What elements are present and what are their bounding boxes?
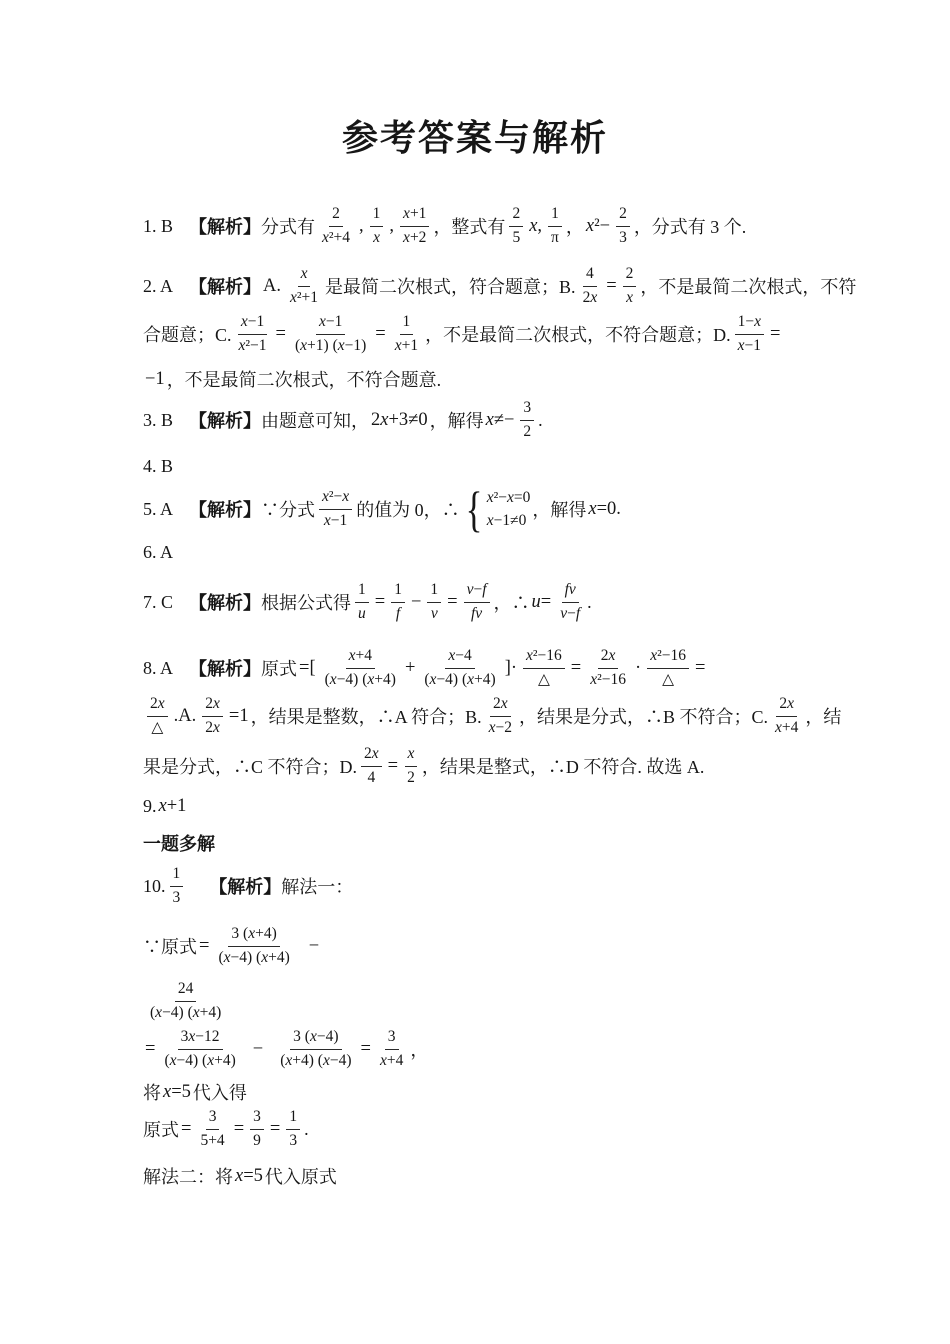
text-run: ，结果是整数，∴A 符合；B.	[251, 703, 482, 729]
fraction-numerator: 1−x	[735, 312, 764, 334]
fraction-numerator: x+1	[400, 204, 429, 226]
fraction-numerator: x²−16	[647, 646, 689, 668]
fraction-denominator: x+1	[392, 335, 421, 356]
fraction: 3x+4	[377, 1027, 406, 1070]
text-run: ∵原式	[143, 933, 197, 959]
fraction-denominator: π	[548, 227, 562, 248]
text-run: 2. A	[143, 276, 173, 297]
fraction: x−1(x+1) (x−1)	[292, 312, 369, 355]
fraction: x²−16△	[523, 646, 565, 689]
fraction-numerator: 2x	[776, 694, 797, 716]
fraction-numerator: 2x	[361, 744, 382, 766]
text-run: 将	[143, 1079, 161, 1105]
fraction-denominator: (x+1) (x−1)	[292, 335, 369, 356]
text-run: 由题意可知，	[261, 407, 369, 433]
equation-rows: x²−x=0x−1≠0	[487, 488, 531, 530]
fraction-denominator: (x−4) (x+4)	[421, 669, 498, 690]
fraction: 2x△	[147, 694, 168, 737]
answer-2-line-2: 合题意；C.x−1x²−1=x−1(x+1) (x−1)=1x+1，不是最简二次…	[143, 310, 920, 358]
fraction-denominator: x²−16	[587, 669, 629, 690]
math-run: =1	[227, 706, 251, 727]
text-run: ，解得	[532, 496, 586, 522]
fraction-denominator: (x−4) (x+4)	[147, 1002, 224, 1023]
math-run: =	[386, 756, 400, 777]
fraction-numerator: 4	[583, 264, 597, 286]
fraction-numerator: x−4	[445, 646, 474, 668]
fraction-denominator: △	[535, 669, 553, 690]
math-run: x=5	[161, 1082, 193, 1103]
fraction-denominator: (x−4) (x+4)	[322, 669, 399, 690]
fraction-numerator: x	[405, 744, 418, 766]
fraction: 13	[286, 1107, 300, 1150]
fraction: x+4(x−4) (x+4)	[322, 646, 399, 689]
fraction-numerator: x−1	[316, 312, 345, 334]
fraction-numerator: x²−16	[523, 646, 565, 668]
fraction: 2x2x	[202, 694, 223, 737]
document-page: 参考答案与解析 1. B【解析】分式有2x²+4,1x,x+1x+2，整式有25…	[0, 0, 950, 1344]
text-run: 8. A	[143, 658, 173, 679]
fraction-denominator: (x−4) (x+4)	[215, 947, 292, 968]
fraction-numerator: 2x	[490, 694, 511, 716]
bold-label: 【解析】	[209, 873, 281, 899]
answer-5: 5. A【解析】∵分式x²−xx−1 的值为 0，∴{x²−x=0x−1≠0，解…	[143, 478, 920, 540]
math-run: =	[693, 658, 707, 679]
fraction-denominator: v−f	[557, 603, 583, 624]
fraction-denominator: x²+4	[319, 227, 353, 248]
text-run: 解法二：将	[143, 1163, 233, 1189]
bold-label: 一题多解	[143, 830, 215, 856]
fraction-numerator: 1	[400, 312, 414, 334]
fraction: x²−xx−1	[319, 487, 352, 530]
math-run: =	[768, 324, 782, 345]
math-run: 2x+3≠0	[369, 410, 430, 431]
text-run: 根据公式得	[261, 589, 351, 615]
fraction: x−1x²−1	[236, 312, 270, 355]
fraction-numerator: 2x	[202, 694, 223, 716]
bold-label: 【解析】	[189, 589, 261, 615]
bold-label: 【解析】	[189, 655, 261, 681]
math-run: =	[445, 592, 459, 613]
section-heading: 一题多解	[143, 830, 920, 856]
fraction-denominator: 5	[509, 227, 523, 248]
fraction-numerator: 24	[175, 979, 197, 1001]
text-run: .	[538, 410, 543, 431]
fraction-numerator: 2	[509, 204, 523, 226]
text-run: 9.	[143, 796, 157, 817]
page-title: 参考答案与解析	[0, 110, 950, 166]
fraction-numerator: 1	[355, 580, 369, 602]
fraction: fvv−f	[557, 580, 583, 623]
text-run: 原式	[143, 1116, 179, 1142]
answer-10-step-3: =3x−12(x−4) (x+4)−3 (x−4)(x+4) (x−4)=3x+…	[143, 1025, 920, 1073]
answer-10-step-4: 将 x=5 代入得	[143, 1079, 920, 1105]
fraction-numerator: x−1	[238, 312, 267, 334]
fraction: 1x	[370, 204, 384, 247]
fraction-numerator: 3	[520, 398, 534, 420]
fraction-denominator: 4	[364, 767, 378, 788]
math-run: =	[373, 592, 387, 613]
fraction-denominator: 3	[616, 227, 630, 248]
text-run: ，不是最简二次根式，不符合题意；D.	[425, 321, 731, 347]
fraction: 1v	[427, 580, 441, 623]
fraction-denominator: fv	[468, 603, 485, 624]
spacer	[265, 1049, 273, 1050]
math-run: x≠−	[484, 410, 517, 431]
fraction-denominator: x+4	[772, 717, 801, 738]
text-run: 7. C	[143, 592, 173, 613]
fraction-denominator: x²+1	[287, 287, 321, 308]
fraction-denominator: 3	[170, 887, 184, 908]
fraction: 32	[520, 398, 534, 441]
text-run: 5. A	[143, 499, 173, 520]
text-run: 的值为 0，∴	[356, 496, 460, 522]
fraction-denominator: f	[393, 603, 403, 624]
math-run: =	[232, 1119, 246, 1140]
text-run: 代入得	[193, 1079, 247, 1105]
fraction: 2x4	[361, 744, 382, 787]
text-run: 3. B	[143, 410, 173, 431]
text-run: 解法一：	[281, 873, 353, 899]
fraction-numerator: 3	[250, 1107, 264, 1129]
bold-label: 【解析】	[189, 407, 261, 433]
fraction-numerator: 2x	[598, 646, 619, 668]
fraction-denominator: v	[428, 603, 441, 624]
math-run: −	[251, 1039, 265, 1060]
fraction: 1π	[548, 204, 562, 247]
math-run: =[	[297, 658, 318, 679]
text-run: 4. B	[143, 456, 173, 477]
math-run: u=	[530, 592, 554, 613]
text-run: 是最简二次根式，符合题意；B.	[325, 273, 576, 299]
fraction: 25	[509, 204, 523, 247]
fraction: 1−xx−1	[735, 312, 764, 355]
spacer	[173, 509, 189, 510]
math-run: =	[143, 1039, 157, 1060]
system-of-equations: {x²−x=0x−1≠0	[462, 484, 531, 534]
fraction-numerator: 3 (x−4)	[290, 1027, 341, 1049]
text-run: ，	[566, 213, 584, 239]
fraction: 39	[250, 1107, 264, 1150]
text-run: 果是分式，∴C 不符合；D.	[143, 753, 357, 779]
fraction-denominator: x²−1	[236, 335, 270, 356]
math-run: =	[179, 1119, 193, 1140]
fraction: 35+4	[197, 1107, 227, 1150]
answer-10-step-6: 解法二：将 x=5 代入原式	[143, 1163, 920, 1189]
fraction: 42x	[580, 264, 601, 307]
math-run: .A.	[172, 706, 199, 727]
spacer	[173, 226, 189, 227]
fraction: v−ffv	[464, 580, 490, 623]
spacer	[297, 946, 307, 947]
fraction-denominator: 9	[250, 1130, 264, 1151]
math-run: −	[307, 936, 321, 957]
spacer	[173, 668, 189, 669]
fraction: 2xx+4	[772, 694, 801, 737]
spacer	[173, 286, 189, 287]
fraction: 2xx−2	[486, 694, 515, 737]
fraction-numerator: 2x	[147, 694, 168, 716]
fraction: 3x−12(x−4) (x+4)	[161, 1027, 238, 1070]
math-run: x²−	[584, 216, 612, 237]
text-run: ，解得	[430, 407, 484, 433]
answer-4: 4. B	[143, 454, 920, 478]
fraction-numerator: 3	[385, 1027, 399, 1049]
math-run: ·	[633, 658, 643, 679]
fraction-numerator: 3x−12	[178, 1027, 223, 1049]
fraction-numerator: x	[298, 264, 311, 286]
fraction-denominator: x	[623, 287, 636, 308]
fraction-denominator: x+4	[377, 1050, 406, 1071]
fraction: x−4(x−4) (x+4)	[421, 646, 498, 689]
math-run: =	[274, 324, 288, 345]
fraction: 3 (x−4)(x+4) (x−4)	[277, 1027, 354, 1070]
math-run: =	[373, 324, 387, 345]
fraction: 2xx²−16	[587, 646, 629, 689]
text-run: ，分式有 3 个.	[634, 213, 747, 239]
fraction-denominator: 2	[520, 421, 534, 442]
math-run: x+1	[157, 796, 189, 817]
math-run: ,	[357, 216, 366, 237]
answer-10-step-2: 24(x−4) (x+4)	[143, 977, 920, 1025]
text-run: 1. B	[143, 216, 173, 237]
math-run: +	[403, 658, 417, 679]
math-run: =	[359, 1039, 373, 1060]
text-run: ，结果是整式，∴D 不符合. 故选 A.	[422, 753, 705, 779]
fraction: 1u	[355, 580, 369, 623]
fraction-denominator: x−1	[735, 335, 764, 356]
text-run: 合题意；C.	[143, 321, 232, 347]
text-run: ，∴	[494, 589, 530, 615]
fraction-numerator: x+4	[346, 646, 375, 668]
fraction-denominator: △	[659, 669, 677, 690]
text-run: .	[304, 1119, 309, 1140]
math-run: −	[409, 592, 423, 613]
fraction-denominator: 2x	[580, 287, 601, 308]
fraction-numerator: 3	[206, 1107, 220, 1129]
spacer	[173, 602, 189, 603]
math-run: =	[197, 936, 211, 957]
math-run: x,	[527, 216, 544, 237]
answer-10-step-1: ∵原式=3 (x+4)(x−4) (x+4)−	[143, 922, 920, 970]
text-run: 10.	[143, 876, 166, 897]
fraction: xx²+1	[287, 264, 321, 307]
text-run: 代入原式	[265, 1163, 337, 1189]
answer-7: 7. C【解析】根据公式得1u=1f−1v=v−ffv，∴u=fvv−f .	[143, 578, 920, 626]
bold-label: 【解析】	[189, 213, 261, 239]
fraction: 24(x−4) (x+4)	[147, 979, 224, 1022]
fraction-denominator: x−1	[321, 510, 350, 531]
text-run: ，	[410, 1036, 428, 1062]
text-run: ，整式有	[433, 213, 505, 239]
answer-10-step-5: 原式=35+4=39=13 .	[143, 1105, 920, 1153]
text-run: ，不是最简二次根式，不符	[640, 273, 856, 299]
math-run: ]·	[503, 658, 519, 679]
content: 1. B【解析】分式有2x²+4,1x,x+1x+2，整式有25x,1π，x²−…	[0, 202, 950, 1189]
math-run: =	[604, 276, 618, 297]
fraction-denominator: x−2	[486, 717, 515, 738]
fraction-denominator: x+2	[400, 227, 429, 248]
fraction-numerator: v−f	[464, 580, 490, 602]
text-run: ，结	[805, 703, 841, 729]
fraction-denominator: △	[148, 717, 166, 738]
answer-2-line-1: 2. A【解析】A.xx²+1是最简二次根式，符合题意；B.42x=2x，不是最…	[143, 262, 920, 310]
fraction-numerator: 1	[427, 580, 441, 602]
answer-1: 1. B【解析】分式有2x²+4,1x,x+1x+2，整式有25x,1π，x²−…	[143, 202, 920, 250]
fraction: 1x+1	[392, 312, 421, 355]
fraction: 2x²+4	[319, 204, 353, 247]
fraction-denominator: (x−4) (x+4)	[161, 1050, 238, 1071]
fraction-denominator: x	[370, 227, 383, 248]
fraction-numerator: 2	[616, 204, 630, 226]
math-run: =	[268, 1119, 282, 1140]
fraction-numerator: fv	[562, 580, 579, 602]
fraction-denominator: (x+4) (x−4)	[277, 1050, 354, 1071]
fraction: 13	[170, 864, 184, 907]
math-run: x=5	[233, 1166, 265, 1187]
fraction: x2	[404, 744, 418, 787]
fraction: 2x	[623, 264, 637, 307]
fraction: 1f	[391, 580, 405, 623]
fraction-denominator: u	[355, 603, 369, 624]
math-run: ,	[387, 216, 396, 237]
fraction: 23	[616, 204, 630, 247]
fraction-denominator: 2	[404, 767, 418, 788]
fraction: x²−16△	[647, 646, 689, 689]
answer-8-line-3: 果是分式，∴C 不符合；D.2x4=x2，结果是整式，∴D 不符合. 故选 A.	[143, 742, 920, 790]
fraction-numerator: x²−x	[319, 487, 352, 509]
math-run: =	[569, 658, 583, 679]
text-run: 6. A	[143, 542, 173, 563]
spacer	[173, 420, 189, 421]
left-brace: {	[465, 484, 482, 534]
answer-3: 3. B【解析】由题意可知，2x+3≠0，解得 x≠−32 .	[143, 396, 920, 444]
math-run: −1	[143, 369, 167, 390]
math-run: x=0.	[586, 499, 623, 520]
fraction-numerator: 1	[286, 1107, 300, 1129]
fraction-numerator: 1	[548, 204, 562, 226]
answer-6: 6. A	[143, 540, 920, 564]
answer-9: 9.x+1	[143, 794, 920, 818]
text-run: 原式	[261, 655, 297, 681]
fraction-numerator: 1	[170, 864, 184, 886]
fraction-denominator: 2x	[202, 717, 223, 738]
fraction-numerator: 3 (x+4)	[228, 924, 279, 946]
bold-label: 【解析】	[189, 496, 261, 522]
fraction-denominator: 5+4	[197, 1130, 227, 1151]
text-run: ∵分式	[261, 496, 315, 522]
answer-2-line-3: −1，不是最简二次根式，不符合题意.	[143, 366, 920, 392]
text-run: ，结果是分式，∴B 不符合；C.	[519, 703, 768, 729]
spacer	[187, 886, 209, 887]
fraction-denominator: 3	[286, 1130, 300, 1151]
fraction: 3 (x+4)(x−4) (x+4)	[215, 924, 292, 967]
answer-10: 10.13【解析】解法一：	[143, 862, 920, 910]
math-run: A.	[261, 276, 283, 297]
fraction-numerator: 1	[391, 580, 405, 602]
fraction-numerator: 2	[623, 264, 637, 286]
fraction-numerator: 2	[329, 204, 343, 226]
fraction-numerator: 1	[370, 204, 384, 226]
fraction: x+1x+2	[400, 204, 429, 247]
text-run: ，不是最简二次根式，不符合题意.	[167, 366, 442, 392]
text-run: 分式有	[261, 213, 315, 239]
text-run: .	[587, 592, 592, 613]
answer-8-line-2: 2x△.A.2x2x=1，结果是整数，∴A 符合；B.2xx−2，结果是分式，∴…	[143, 692, 920, 740]
spacer	[243, 1049, 251, 1050]
bold-label: 【解析】	[189, 273, 261, 299]
answer-8-line-1: 8. A【解析】原式=[x+4(x−4) (x+4)+x−4(x−4) (x+4…	[143, 644, 920, 692]
